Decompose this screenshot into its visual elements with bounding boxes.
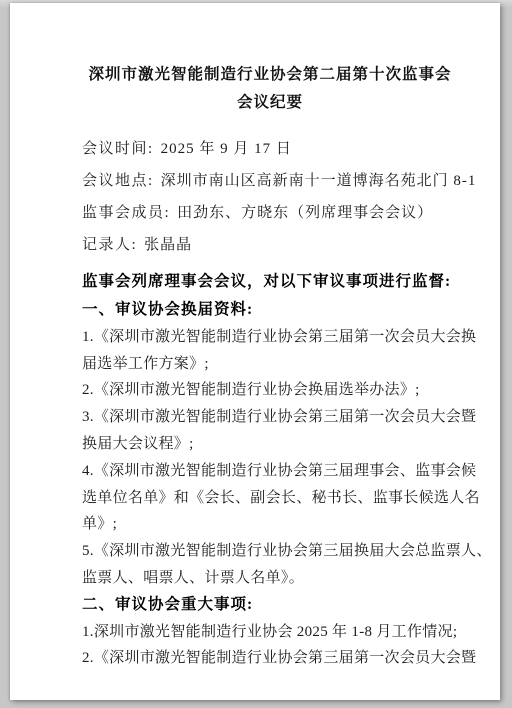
intro-statement: 监事会列席理事会会议，对以下审议事项进行监督:: [82, 266, 458, 297]
document-title-line2: 会议纪要: [82, 89, 458, 117]
meta-value-recorder: 张晶晶: [144, 237, 192, 253]
body-line: 监票人、唱票人、计票人名单》。: [82, 565, 458, 592]
body-line: 选单位名单》和《会长、副会长、秘书长、监事长候选人名: [82, 485, 458, 512]
document-viewer: 深圳市激光智能制造行业协会第二届第十次监事会 会议纪要 会议时间:2025 年 …: [0, 0, 512, 708]
meta-value-location: 深圳市南山区高新南十一道博海名苑北门 8-1: [161, 173, 477, 189]
body-line: 4.《深圳市激光智能制造行业协会第三届理事会、监事会候: [82, 458, 458, 485]
meta-value-time: 2025 年 9 月 17 日: [161, 141, 292, 157]
body-line: 3.《深圳市激光智能制造行业协会第三届第一次会员大会暨: [82, 404, 458, 431]
body-line: 2.《深圳市激光智能制造行业协会第三届第一次会员大会暨: [82, 645, 458, 672]
meta-row-location: 会议地点:深圳市南山区高新南十一道博海名苑北门 8-1: [82, 165, 458, 197]
meta-label-location: 会议地点:: [82, 173, 154, 189]
body-line: 2.《深圳市激光智能制造行业协会换届选举办法》;: [82, 377, 458, 404]
body-line: 单》;: [82, 511, 458, 538]
body-line: 1.深圳市激光智能制造行业协会 2025 年 1-8 月工作情况;: [82, 619, 458, 646]
document-page: 深圳市激光智能制造行业协会第二届第十次监事会 会议纪要 会议时间:2025 年 …: [10, 3, 500, 700]
body-line: 换届大会议程》;: [82, 431, 458, 458]
document-title-line1: 深圳市激光智能制造行业协会第二届第十次监事会: [82, 61, 458, 89]
document-title: 深圳市激光智能制造行业协会第二届第十次监事会 会议纪要: [82, 61, 458, 117]
meta-block: 会议时间:2025 年 9 月 17 日 会议地点:深圳市南山区高新南十一道博海…: [82, 133, 458, 261]
body-line: 1.《深圳市激光智能制造行业协会第三届第一次会员大会换: [82, 324, 458, 351]
meta-row-members: 监事会成员:田劲东、方晓东（列席理事会会议）: [82, 197, 458, 229]
body-line: 届选举工作方案》;: [82, 351, 458, 378]
meta-label-members: 监事会成员:: [82, 205, 170, 221]
meta-label-recorder: 记录人:: [82, 237, 137, 253]
meta-label-time: 会议时间:: [82, 141, 154, 157]
section2-heading: 二、审议协会重大事项:: [82, 592, 458, 619]
body-line: 5.《深圳市激光智能制造行业协会第三届换届大会总监票人、: [82, 538, 458, 565]
body-block: 监事会列席理事会会议，对以下审议事项进行监督: 一、审议协会换届资料: 1.《深…: [82, 266, 458, 672]
meta-row-time: 会议时间:2025 年 9 月 17 日: [82, 133, 458, 165]
section1-heading: 一、审议协会换届资料:: [82, 297, 458, 324]
meta-value-members: 田劲东、方晓东（列席理事会会议）: [177, 205, 433, 221]
meta-row-recorder: 记录人:张晶晶: [82, 229, 458, 261]
